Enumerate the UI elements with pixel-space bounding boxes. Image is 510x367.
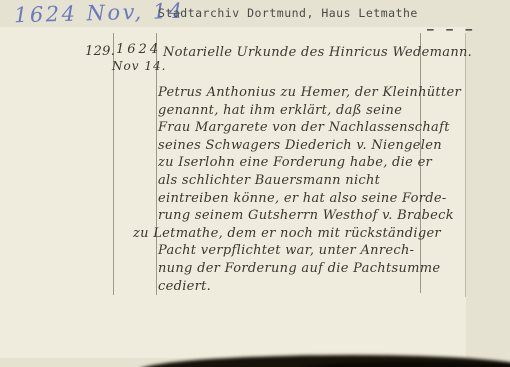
handwritten-line: Frau Margarete von der Nachlassenschaft bbox=[158, 119, 470, 137]
handwritten-line: zu Letmathe, dem er noch mit rückständig… bbox=[133, 225, 470, 243]
handwritten-line: Petrus Anthonius zu Hemer, der Kleinhütt… bbox=[158, 84, 470, 102]
date-column-day: Nov 14. bbox=[112, 59, 166, 73]
entry-number: 129. bbox=[85, 44, 115, 59]
handwritten-body: Petrus Anthonius zu Hemer, der Kleinhütt… bbox=[158, 84, 470, 295]
archive-card-photo: 1624 Nov, 14 Stadtarchiv Dortmund, Haus … bbox=[0, 0, 510, 367]
handwritten-line: Pacht verpflichtet war, unter Anrech- bbox=[158, 242, 470, 260]
handwritten-line: genannt, hat ihm erklärt, daß seine bbox=[158, 102, 470, 120]
corner-dash-marks: – – – bbox=[427, 23, 475, 36]
handwritten-line: als schlichter Bauersmann nicht bbox=[158, 172, 470, 190]
handwritten-line: eintreiben könne, er hat also seine Ford… bbox=[158, 190, 470, 208]
date-column-year: 1624 bbox=[116, 42, 161, 57]
handwritten-line: rung seinem Gutsherrn Westhof v. Brabeck bbox=[158, 207, 470, 225]
archive-header: Stadtarchiv Dortmund, Haus Letmathe bbox=[158, 6, 418, 20]
handwritten-line: cediert. bbox=[158, 278, 470, 296]
handwritten-line: seines Schwagers Diederich v. Niengelen bbox=[158, 137, 470, 155]
handwritten-line: nung der Forderung auf die Pachtsumme bbox=[158, 260, 470, 278]
handwritten-line: zu Iserlohn eine Forderung habe, die er bbox=[158, 154, 470, 172]
document-title: Notarielle Urkunde des Hinricus Wedemann… bbox=[163, 45, 472, 60]
